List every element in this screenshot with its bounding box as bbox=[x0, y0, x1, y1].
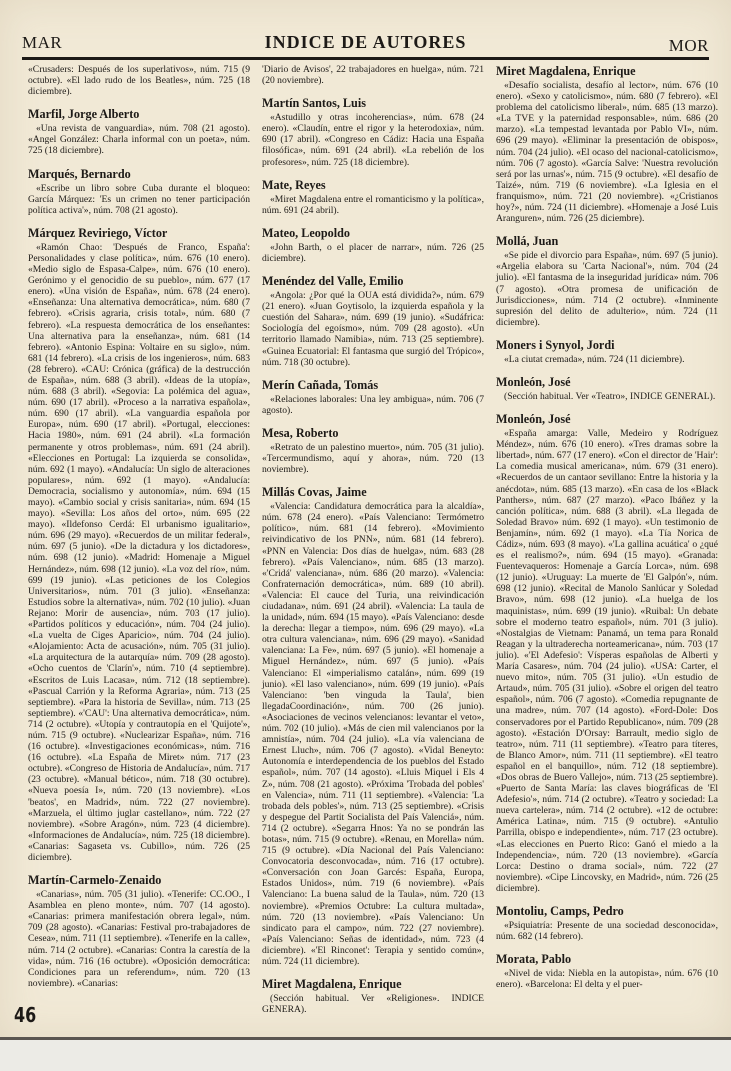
author-name: Millás Covas, Jaime bbox=[262, 485, 484, 500]
index-entry: Marqués, Bernardo«Escribe un libro sobre… bbox=[28, 167, 250, 216]
index-entry: Márquez Reviriego, Víctor«Ramón Chao: 'D… bbox=[28, 226, 250, 863]
column-1: «Crusaders: Después de los superlativos»… bbox=[28, 64, 250, 999]
author-name: Merín Cañada, Tomás bbox=[262, 378, 484, 393]
author-name: Morata, Pablo bbox=[496, 952, 718, 967]
index-entry: Mateo, Leopoldo«John Barth, o el placer … bbox=[262, 226, 484, 264]
page-number: 46 bbox=[14, 1003, 36, 1027]
header-rule bbox=[22, 57, 709, 60]
right-guide-word: MOR bbox=[669, 36, 709, 56]
index-entry: Miret Magdalena, Enrique(Sección habitua… bbox=[262, 977, 484, 1015]
author-name: Miret Magdalena, Enrique bbox=[496, 64, 718, 79]
author-name: Marfil, Jorge Alberto bbox=[28, 107, 250, 122]
index-entry: Marfil, Jorge Alberto«Una revista de van… bbox=[28, 107, 250, 156]
index-entry: Martín-Carmelo-Zenaido«Canarias», núm. 7… bbox=[28, 873, 250, 989]
index-entry: Mate, Reyes«Miret Magdalena entre el rom… bbox=[262, 178, 484, 216]
article-list: «Crusaders: Después de los superlativos»… bbox=[28, 64, 250, 97]
index-entry: 'Diario de Avisos', 22 trabajadores en h… bbox=[262, 64, 484, 86]
article-list: «Relaciones laborales: Una ley ambigua»,… bbox=[262, 394, 484, 416]
author-name: Mollá, Juan bbox=[496, 234, 718, 249]
author-name: Marqués, Bernardo bbox=[28, 167, 250, 182]
index-entry: Montoliu, Camps, Pedro«Psiquiatría: Pres… bbox=[496, 904, 718, 942]
article-list: «Desafío socialista, desafío al lector»,… bbox=[496, 80, 718, 224]
index-entry: Millás Covas, Jaime«Valencia: Candidatur… bbox=[262, 485, 484, 967]
index-entry: Merín Cañada, Tomás«Relaciones laborales… bbox=[262, 378, 484, 416]
article-list: «Valencia: Candidatura democrática para … bbox=[262, 501, 484, 967]
index-entry: «Crusaders: Después de los superlativos»… bbox=[28, 64, 250, 97]
author-name: Moners i Synyol, Jordi bbox=[496, 338, 718, 353]
index-entry: Moners i Synyol, Jordi«La ciutat cremada… bbox=[496, 338, 718, 365]
index-entry: Morata, Pablo«Nivel de vida: Niebla en l… bbox=[496, 952, 718, 990]
article-list: «Psiquiatría: Presente de una sociedad d… bbox=[496, 920, 718, 942]
author-name: Mesa, Roberto bbox=[262, 426, 484, 441]
index-entry: Martín Santos, Luis«Astudillo y otras in… bbox=[262, 96, 484, 167]
index-entry: Monleón, José(Sección habitual. Ver «Tea… bbox=[496, 375, 718, 402]
column-3: Miret Magdalena, Enrique«Desafío sociali… bbox=[496, 64, 718, 1000]
article-list: «Se pide el divorcio para España», núm. … bbox=[496, 250, 718, 328]
index-entry: Miret Magdalena, Enrique«Desafío sociali… bbox=[496, 64, 718, 224]
article-list: «Angola: ¿Por qué la OUA está dividida?»… bbox=[262, 290, 484, 368]
article-list: «Nivel de vida: Niebla en la autopista»,… bbox=[496, 968, 718, 990]
author-name: Monleón, José bbox=[496, 375, 718, 390]
author-name: Menéndez del Valle, Emilio bbox=[262, 274, 484, 289]
article-list: (Sección habitual. Ver «Religiones». IND… bbox=[262, 993, 484, 1015]
article-list: «John Barth, o el placer de narrar», núm… bbox=[262, 242, 484, 264]
article-list: «España amarga: Valle, Medeiro y Rodrígu… bbox=[496, 428, 718, 894]
article-list: «Retrato de un palestino muerto», núm. 7… bbox=[262, 442, 484, 475]
article-list: 'Diario de Avisos', 22 trabajadores en h… bbox=[262, 64, 484, 86]
article-list: «Canarias», núm. 705 (31 julio). «Teneri… bbox=[28, 889, 250, 989]
author-name: Mate, Reyes bbox=[262, 178, 484, 193]
index-entry: Menéndez del Valle, Emilio«Angola: ¿Por … bbox=[262, 274, 484, 368]
author-name: Mateo, Leopoldo bbox=[262, 226, 484, 241]
author-name: Martín-Carmelo-Zenaido bbox=[28, 873, 250, 888]
article-list: «Astudillo y otras incoherencias», núm. … bbox=[262, 112, 484, 167]
author-name: Martín Santos, Luis bbox=[262, 96, 484, 111]
article-list: «Una revista de vanguardia», núm. 708 (2… bbox=[28, 123, 250, 156]
article-list: «Ramón Chao: 'Después de Franco, España'… bbox=[28, 242, 250, 863]
page-header: MAR INDICE DE AUTORES MOR bbox=[22, 30, 709, 56]
index-entry: Monleón, José«España amarga: Valle, Mede… bbox=[496, 412, 718, 894]
index-entry: Mesa, Roberto«Retrato de un palestino mu… bbox=[262, 426, 484, 475]
article-list: «Escribe un libro sobre Cuba durante el … bbox=[28, 183, 250, 216]
column-2: 'Diario de Avisos', 22 trabajadores en h… bbox=[262, 64, 484, 1025]
page-title: INDICE DE AUTORES bbox=[22, 32, 709, 53]
article-list: (Sección habitual. Ver «Teatro», INDICE … bbox=[496, 391, 718, 402]
author-name: Márquez Reviriego, Víctor bbox=[28, 226, 250, 241]
article-list: «Miret Magdalena entre el romanticismo y… bbox=[262, 194, 484, 216]
magazine-page: MAR INDICE DE AUTORES MOR «Crusaders: De… bbox=[0, 0, 731, 1040]
author-name: Miret Magdalena, Enrique bbox=[262, 977, 484, 992]
author-name: Monleón, José bbox=[496, 412, 718, 427]
page-bottom-edge bbox=[0, 1037, 731, 1040]
article-list: «La ciutat cremada», núm. 724 (11 diciem… bbox=[496, 354, 718, 365]
author-name: Montoliu, Camps, Pedro bbox=[496, 904, 718, 919]
index-entry: Mollá, Juan«Se pide el divorcio para Esp… bbox=[496, 234, 718, 328]
